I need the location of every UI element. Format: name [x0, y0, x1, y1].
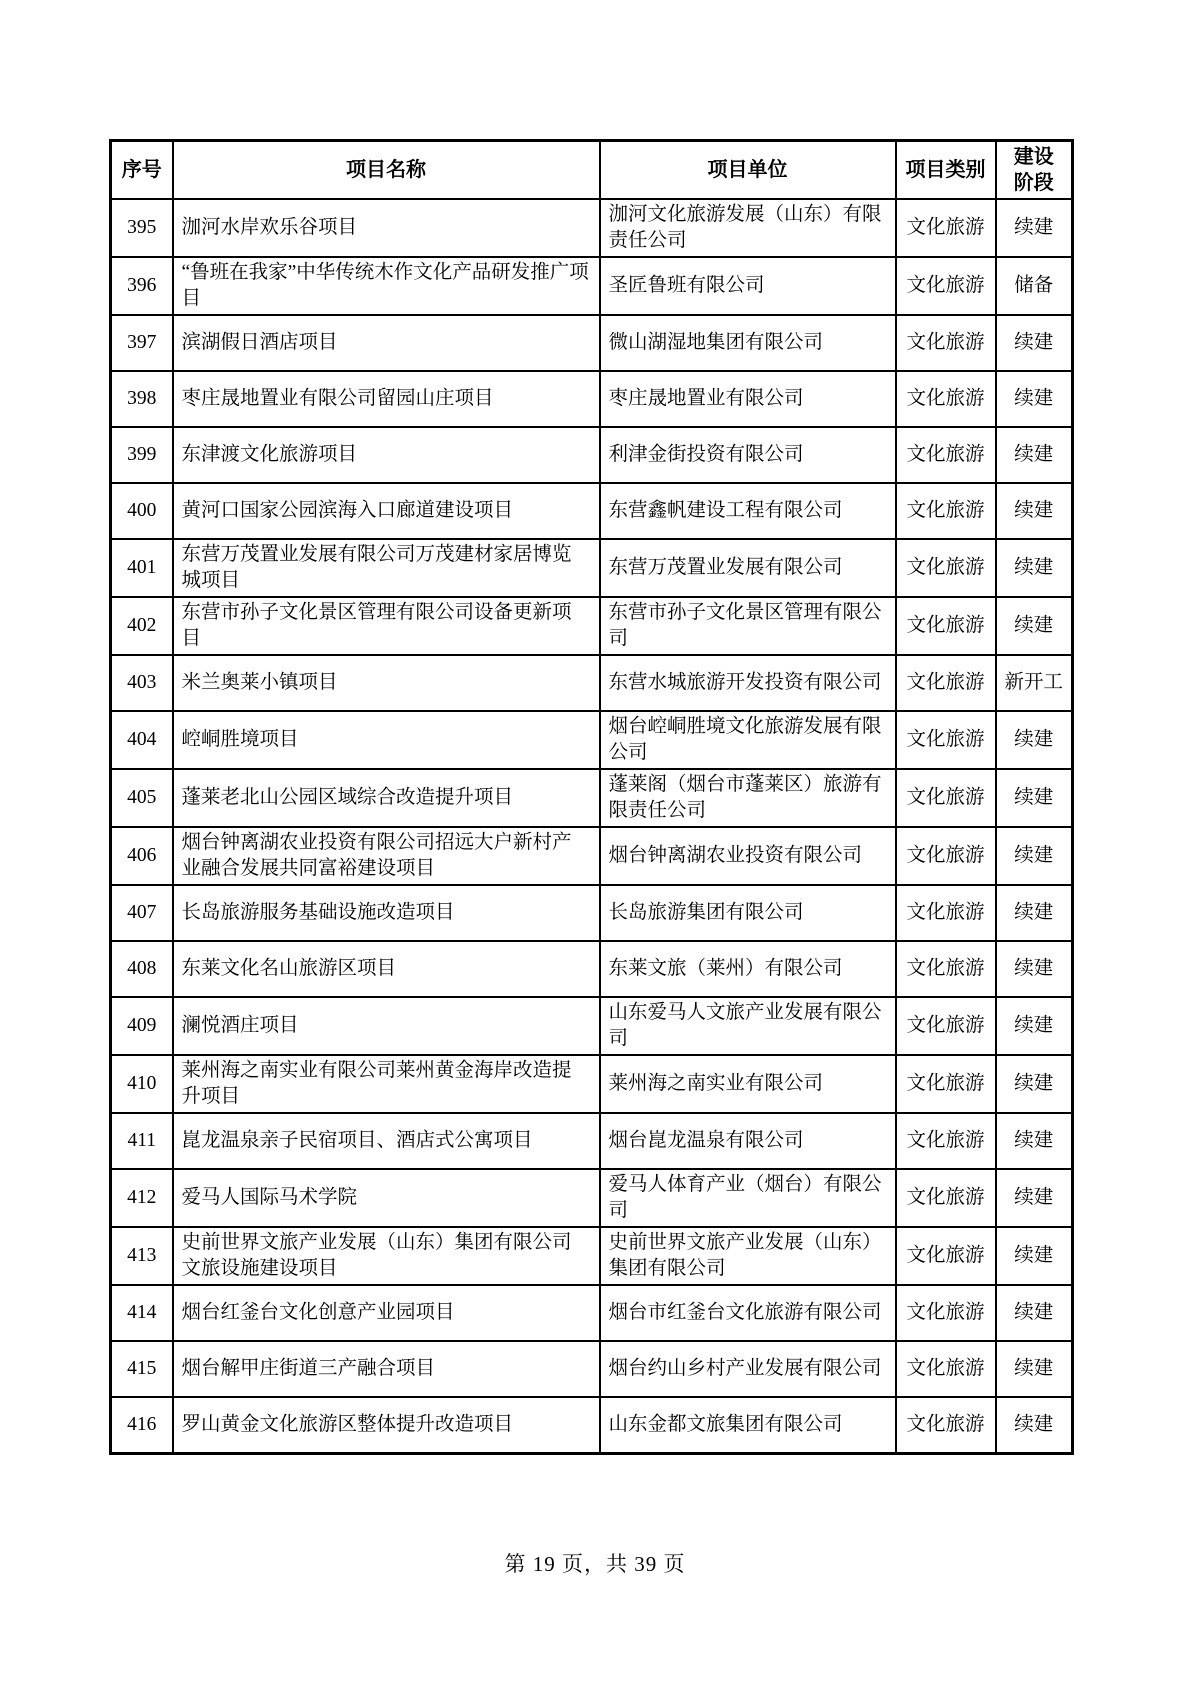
construction-stage-cell: 续建: [996, 539, 1073, 597]
project-name-cell: 烟台钟离湖农业投资有限公司招远大户新村产业融合发展共同富裕建设项目: [173, 827, 600, 885]
project-name-cell: 东津渡文化旅游项目: [173, 427, 600, 483]
row-number-cell: 403: [111, 655, 173, 711]
row-number-cell: 395: [111, 199, 173, 257]
row-number-cell: 399: [111, 427, 173, 483]
project-name-cell: 爱马人国际马术学院: [173, 1169, 600, 1227]
page-number-footer: 第 19 页，共 39 页: [0, 1548, 1190, 1578]
construction-stage-cell: 续建: [996, 597, 1073, 655]
header-project-name: 项目名称: [173, 141, 600, 200]
table-row: 398枣庄晟地置业有限公司留园山庄项目枣庄晟地置业有限公司文化旅游续建: [111, 371, 1073, 427]
project-category-cell: 文化旅游: [896, 769, 996, 827]
table-row: 397滨湖假日酒店项目微山湖湿地集团有限公司文化旅游续建: [111, 315, 1073, 371]
project-name-cell: 莱州海之南实业有限公司莱州黄金海岸改造提升项目: [173, 1055, 600, 1113]
project-category-cell: 文化旅游: [896, 827, 996, 885]
project-name-cell: 澜悦酒庄项目: [173, 997, 600, 1055]
project-name-cell: “鲁班在我家”中华传统木作文化产品研发推广项目: [173, 257, 600, 315]
project-name-cell: 东营市孙子文化景区管理有限公司设备更新项目: [173, 597, 600, 655]
table-row: 411崑龙温泉亲子民宿项目、酒店式公寓项目烟台崑龙温泉有限公司文化旅游续建: [111, 1113, 1073, 1169]
project-category-cell: 文化旅游: [896, 1055, 996, 1113]
construction-stage-cell: 续建: [996, 885, 1073, 941]
construction-stage-cell: 续建: [996, 1341, 1073, 1397]
table-row: 407长岛旅游服务基础设施改造项目长岛旅游集团有限公司文化旅游续建: [111, 885, 1073, 941]
project-name-cell: 黄河口国家公园滨海入口廊道建设项目: [173, 483, 600, 539]
table-row: 415烟台解甲庄街道三产融合项目烟台约山乡村产业发展有限公司文化旅游续建: [111, 1341, 1073, 1397]
row-number-cell: 405: [111, 769, 173, 827]
table-row: 400黄河口国家公园滨海入口廊道建设项目东营鑫帆建设工程有限公司文化旅游续建: [111, 483, 1073, 539]
project-unit-cell: 烟台约山乡村产业发展有限公司: [600, 1341, 896, 1397]
project-category-cell: 文化旅游: [896, 1113, 996, 1169]
header-project-category: 项目类别: [896, 141, 996, 200]
table-row: 413史前世界文旅产业发展（山东）集团有限公司文旅设施建设项目史前世界文旅产业发…: [111, 1227, 1073, 1285]
project-unit-cell: 烟台钟离湖农业投资有限公司: [600, 827, 896, 885]
construction-stage-cell: 续建: [996, 1285, 1073, 1341]
project-category-cell: 文化旅游: [896, 997, 996, 1055]
construction-stage-cell: 续建: [996, 827, 1073, 885]
project-category-cell: 文化旅游: [896, 257, 996, 315]
project-category-cell: 文化旅游: [896, 941, 996, 997]
construction-stage-cell: 储备: [996, 257, 1073, 315]
row-number-cell: 402: [111, 597, 173, 655]
project-category-cell: 文化旅游: [896, 1169, 996, 1227]
project-unit-cell: 山东爱马人文旅产业发展有限公司: [600, 997, 896, 1055]
construction-stage-cell: 续建: [996, 1113, 1073, 1169]
construction-stage-cell: 续建: [996, 371, 1073, 427]
project-category-cell: 文化旅游: [896, 597, 996, 655]
project-category-cell: 文化旅游: [896, 885, 996, 941]
project-name-cell: 史前世界文旅产业发展（山东）集团有限公司文旅设施建设项目: [173, 1227, 600, 1285]
construction-stage-cell: 续建: [996, 997, 1073, 1055]
row-number-cell: 409: [111, 997, 173, 1055]
row-number-cell: 416: [111, 1397, 173, 1453]
row-number-cell: 408: [111, 941, 173, 997]
project-unit-cell: 枣庄晟地置业有限公司: [600, 371, 896, 427]
construction-stage-cell: 续建: [996, 711, 1073, 769]
construction-stage-cell: 新开工: [996, 655, 1073, 711]
row-number-cell: 396: [111, 257, 173, 315]
project-name-cell: 罗山黄金文化旅游区整体提升改造项目: [173, 1397, 600, 1453]
project-category-cell: 文化旅游: [896, 1285, 996, 1341]
construction-stage-cell: 续建: [996, 1227, 1073, 1285]
table-row: 414烟台红釜台文化创意产业园项目烟台市红釜台文化旅游有限公司文化旅游续建: [111, 1285, 1073, 1341]
project-name-cell: 烟台解甲庄街道三产融合项目: [173, 1341, 600, 1397]
project-unit-cell: 烟台市红釜台文化旅游有限公司: [600, 1285, 896, 1341]
construction-stage-cell: 续建: [996, 1397, 1073, 1453]
row-number-cell: 410: [111, 1055, 173, 1113]
project-category-cell: 文化旅游: [896, 711, 996, 769]
project-name-cell: 崆峒胜境项目: [173, 711, 600, 769]
project-unit-cell: 爱马人体育产业（烟台）有限公司: [600, 1169, 896, 1227]
row-number-cell: 400: [111, 483, 173, 539]
construction-stage-cell: 续建: [996, 941, 1073, 997]
project-unit-cell: 东莱文旅（莱州）有限公司: [600, 941, 896, 997]
construction-stage-cell: 续建: [996, 1169, 1073, 1227]
project-name-cell: 长岛旅游服务基础设施改造项目: [173, 885, 600, 941]
row-number-cell: 414: [111, 1285, 173, 1341]
row-number-cell: 404: [111, 711, 173, 769]
project-unit-cell: 东营市孙子文化景区管理有限公司: [600, 597, 896, 655]
project-name-cell: 泇河水岸欢乐谷项目: [173, 199, 600, 257]
table-row: 416罗山黄金文化旅游区整体提升改造项目山东金都文旅集团有限公司文化旅游续建: [111, 1397, 1073, 1453]
construction-stage-cell: 续建: [996, 769, 1073, 827]
project-name-cell: 东营万茂置业发展有限公司万茂建材家居博览城项目: [173, 539, 600, 597]
project-name-cell: 东莱文化名山旅游区项目: [173, 941, 600, 997]
project-category-cell: 文化旅游: [896, 427, 996, 483]
project-category-cell: 文化旅游: [896, 483, 996, 539]
table-row: 408东莱文化名山旅游区项目东莱文旅（莱州）有限公司文化旅游续建: [111, 941, 1073, 997]
table-row: 405蓬莱老北山公园区域综合改造提升项目蓬莱阁（烟台市蓬莱区）旅游有限责任公司文…: [111, 769, 1073, 827]
row-number-cell: 415: [111, 1341, 173, 1397]
row-number-cell: 413: [111, 1227, 173, 1285]
project-category-cell: 文化旅游: [896, 1227, 996, 1285]
project-unit-cell: 山东金都文旅集团有限公司: [600, 1397, 896, 1453]
header-serial-number: 序号: [111, 141, 173, 200]
project-category-cell: 文化旅游: [896, 1397, 996, 1453]
project-unit-cell: 烟台崆峒胜境文化旅游发展有限公司: [600, 711, 896, 769]
project-category-cell: 文化旅游: [896, 371, 996, 427]
project-category-cell: 文化旅游: [896, 315, 996, 371]
header-row: 序号 项目名称 项目单位 项目类别 建设 阶段: [111, 141, 1073, 200]
table-row: 404崆峒胜境项目烟台崆峒胜境文化旅游发展有限公司文化旅游续建: [111, 711, 1073, 769]
project-name-cell: 崑龙温泉亲子民宿项目、酒店式公寓项目: [173, 1113, 600, 1169]
project-unit-cell: 东营万茂置业发展有限公司: [600, 539, 896, 597]
project-name-cell: 烟台红釜台文化创意产业园项目: [173, 1285, 600, 1341]
project-unit-cell: 东营鑫帆建设工程有限公司: [600, 483, 896, 539]
row-number-cell: 406: [111, 827, 173, 885]
project-unit-cell: 东营水城旅游开发投资有限公司: [600, 655, 896, 711]
row-number-cell: 411: [111, 1113, 173, 1169]
project-unit-cell: 烟台崑龙温泉有限公司: [600, 1113, 896, 1169]
project-unit-cell: 蓬莱阁（烟台市蓬莱区）旅游有限责任公司: [600, 769, 896, 827]
project-unit-cell: 微山湖湿地集团有限公司: [600, 315, 896, 371]
construction-stage-cell: 续建: [996, 483, 1073, 539]
project-category-cell: 文化旅游: [896, 539, 996, 597]
project-unit-cell: 利津金街投资有限公司: [600, 427, 896, 483]
table-row: 402东营市孙子文化景区管理有限公司设备更新项目东营市孙子文化景区管理有限公司文…: [111, 597, 1073, 655]
row-number-cell: 401: [111, 539, 173, 597]
header-project-unit: 项目单位: [600, 141, 896, 200]
row-number-cell: 412: [111, 1169, 173, 1227]
project-unit-cell: 长岛旅游集团有限公司: [600, 885, 896, 941]
projects-table: 序号 项目名称 项目单位 项目类别 建设 阶段 395泇河水岸欢乐谷项目泇河文化…: [109, 139, 1074, 1455]
project-name-cell: 滨湖假日酒店项目: [173, 315, 600, 371]
table-row: 395泇河水岸欢乐谷项目泇河文化旅游发展（山东）有限责任公司文化旅游续建: [111, 199, 1073, 257]
projects-table-body: 395泇河水岸欢乐谷项目泇河文化旅游发展（山东）有限责任公司文化旅游续建396“…: [111, 199, 1073, 1453]
table-row: 410莱州海之南实业有限公司莱州黄金海岸改造提升项目莱州海之南实业有限公司文化旅…: [111, 1055, 1073, 1113]
table-row: 399东津渡文化旅游项目利津金街投资有限公司文化旅游续建: [111, 427, 1073, 483]
project-name-cell: 米兰奥莱小镇项目: [173, 655, 600, 711]
project-unit-cell: 莱州海之南实业有限公司: [600, 1055, 896, 1113]
table-row: 403米兰奥莱小镇项目东营水城旅游开发投资有限公司文化旅游新开工: [111, 655, 1073, 711]
header-construction-stage: 建设 阶段: [996, 141, 1073, 200]
project-name-cell: 枣庄晟地置业有限公司留园山庄项目: [173, 371, 600, 427]
table-header: 序号 项目名称 项目单位 项目类别 建设 阶段: [111, 141, 1073, 200]
project-category-cell: 文化旅游: [896, 199, 996, 257]
construction-stage-cell: 续建: [996, 1055, 1073, 1113]
construction-stage-cell: 续建: [996, 427, 1073, 483]
row-number-cell: 398: [111, 371, 173, 427]
project-category-cell: 文化旅游: [896, 655, 996, 711]
table-row: 412爱马人国际马术学院爱马人体育产业（烟台）有限公司文化旅游续建: [111, 1169, 1073, 1227]
row-number-cell: 407: [111, 885, 173, 941]
project-unit-cell: 泇河文化旅游发展（山东）有限责任公司: [600, 199, 896, 257]
construction-stage-cell: 续建: [996, 315, 1073, 371]
table-row: 406烟台钟离湖农业投资有限公司招远大户新村产业融合发展共同富裕建设项目烟台钟离…: [111, 827, 1073, 885]
project-category-cell: 文化旅游: [896, 1341, 996, 1397]
row-number-cell: 397: [111, 315, 173, 371]
table-row: 396“鲁班在我家”中华传统木作文化产品研发推广项目圣匠鲁班有限公司文化旅游储备: [111, 257, 1073, 315]
document-page: 序号 项目名称 项目单位 项目类别 建设 阶段 395泇河水岸欢乐谷项目泇河文化…: [0, 0, 1190, 1684]
project-unit-cell: 史前世界文旅产业发展（山东）集团有限公司: [600, 1227, 896, 1285]
table-row: 409澜悦酒庄项目山东爱马人文旅产业发展有限公司文化旅游续建: [111, 997, 1073, 1055]
construction-stage-cell: 续建: [996, 199, 1073, 257]
table-row: 401东营万茂置业发展有限公司万茂建材家居博览城项目东营万茂置业发展有限公司文化…: [111, 539, 1073, 597]
project-unit-cell: 圣匠鲁班有限公司: [600, 257, 896, 315]
project-name-cell: 蓬莱老北山公园区域综合改造提升项目: [173, 769, 600, 827]
